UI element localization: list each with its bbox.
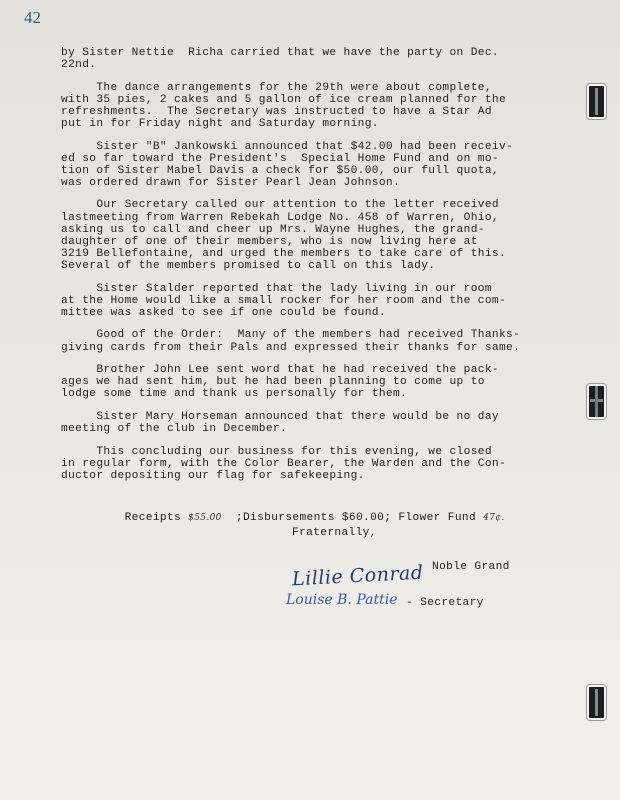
page-number: 42 (24, 8, 41, 28)
noble-grand-title: Noble Grand (432, 561, 510, 574)
text-line: by Sister Nettie Richa carried that we h… (61, 47, 499, 60)
closing-salutation: Fraternally, (292, 527, 377, 540)
text-line: giving cards from their Pals and express… (61, 342, 520, 355)
receipts-handwritten-amount: $55.00 (188, 513, 222, 523)
text-line: mittee was asked to see if one could be … (61, 307, 386, 320)
noble-grand-signature: Lillie Conrad (292, 562, 424, 591)
text-line: Our Secretary called our attention to th… (61, 199, 499, 212)
text-line: lodge some time and thank us personally … (61, 388, 407, 401)
binder-tab-top-icon (587, 84, 606, 119)
text-line: meeting of the club in December. (61, 423, 287, 436)
secretary-signature: Louise B. Pattie (286, 592, 397, 608)
flower-fund-handwritten-amount: 47¢. (483, 513, 504, 523)
binder-tab-middle-icon (587, 384, 606, 419)
text-line: ductor depositing our flag for safekeepi… (61, 470, 365, 483)
text-line: was ordered drawn for Sister Pearl Jean … (61, 177, 400, 190)
text-line: 22nd. (61, 59, 96, 72)
text-line: put in for Friday night and Saturday mor… (61, 118, 379, 131)
text-line: Good of the Order: Many of the members h… (61, 329, 520, 342)
binder-tab-bottom-icon (587, 685, 606, 720)
receipts-line: Receipts $55.00 ;Disbursements $60.00; F… (61, 499, 505, 538)
secretary-title: - Secretary (406, 597, 484, 610)
text-line: Several of the members promised to call … (61, 260, 435, 273)
document-page: 42 by Sister Nettie Richa carried that w… (0, 0, 620, 800)
